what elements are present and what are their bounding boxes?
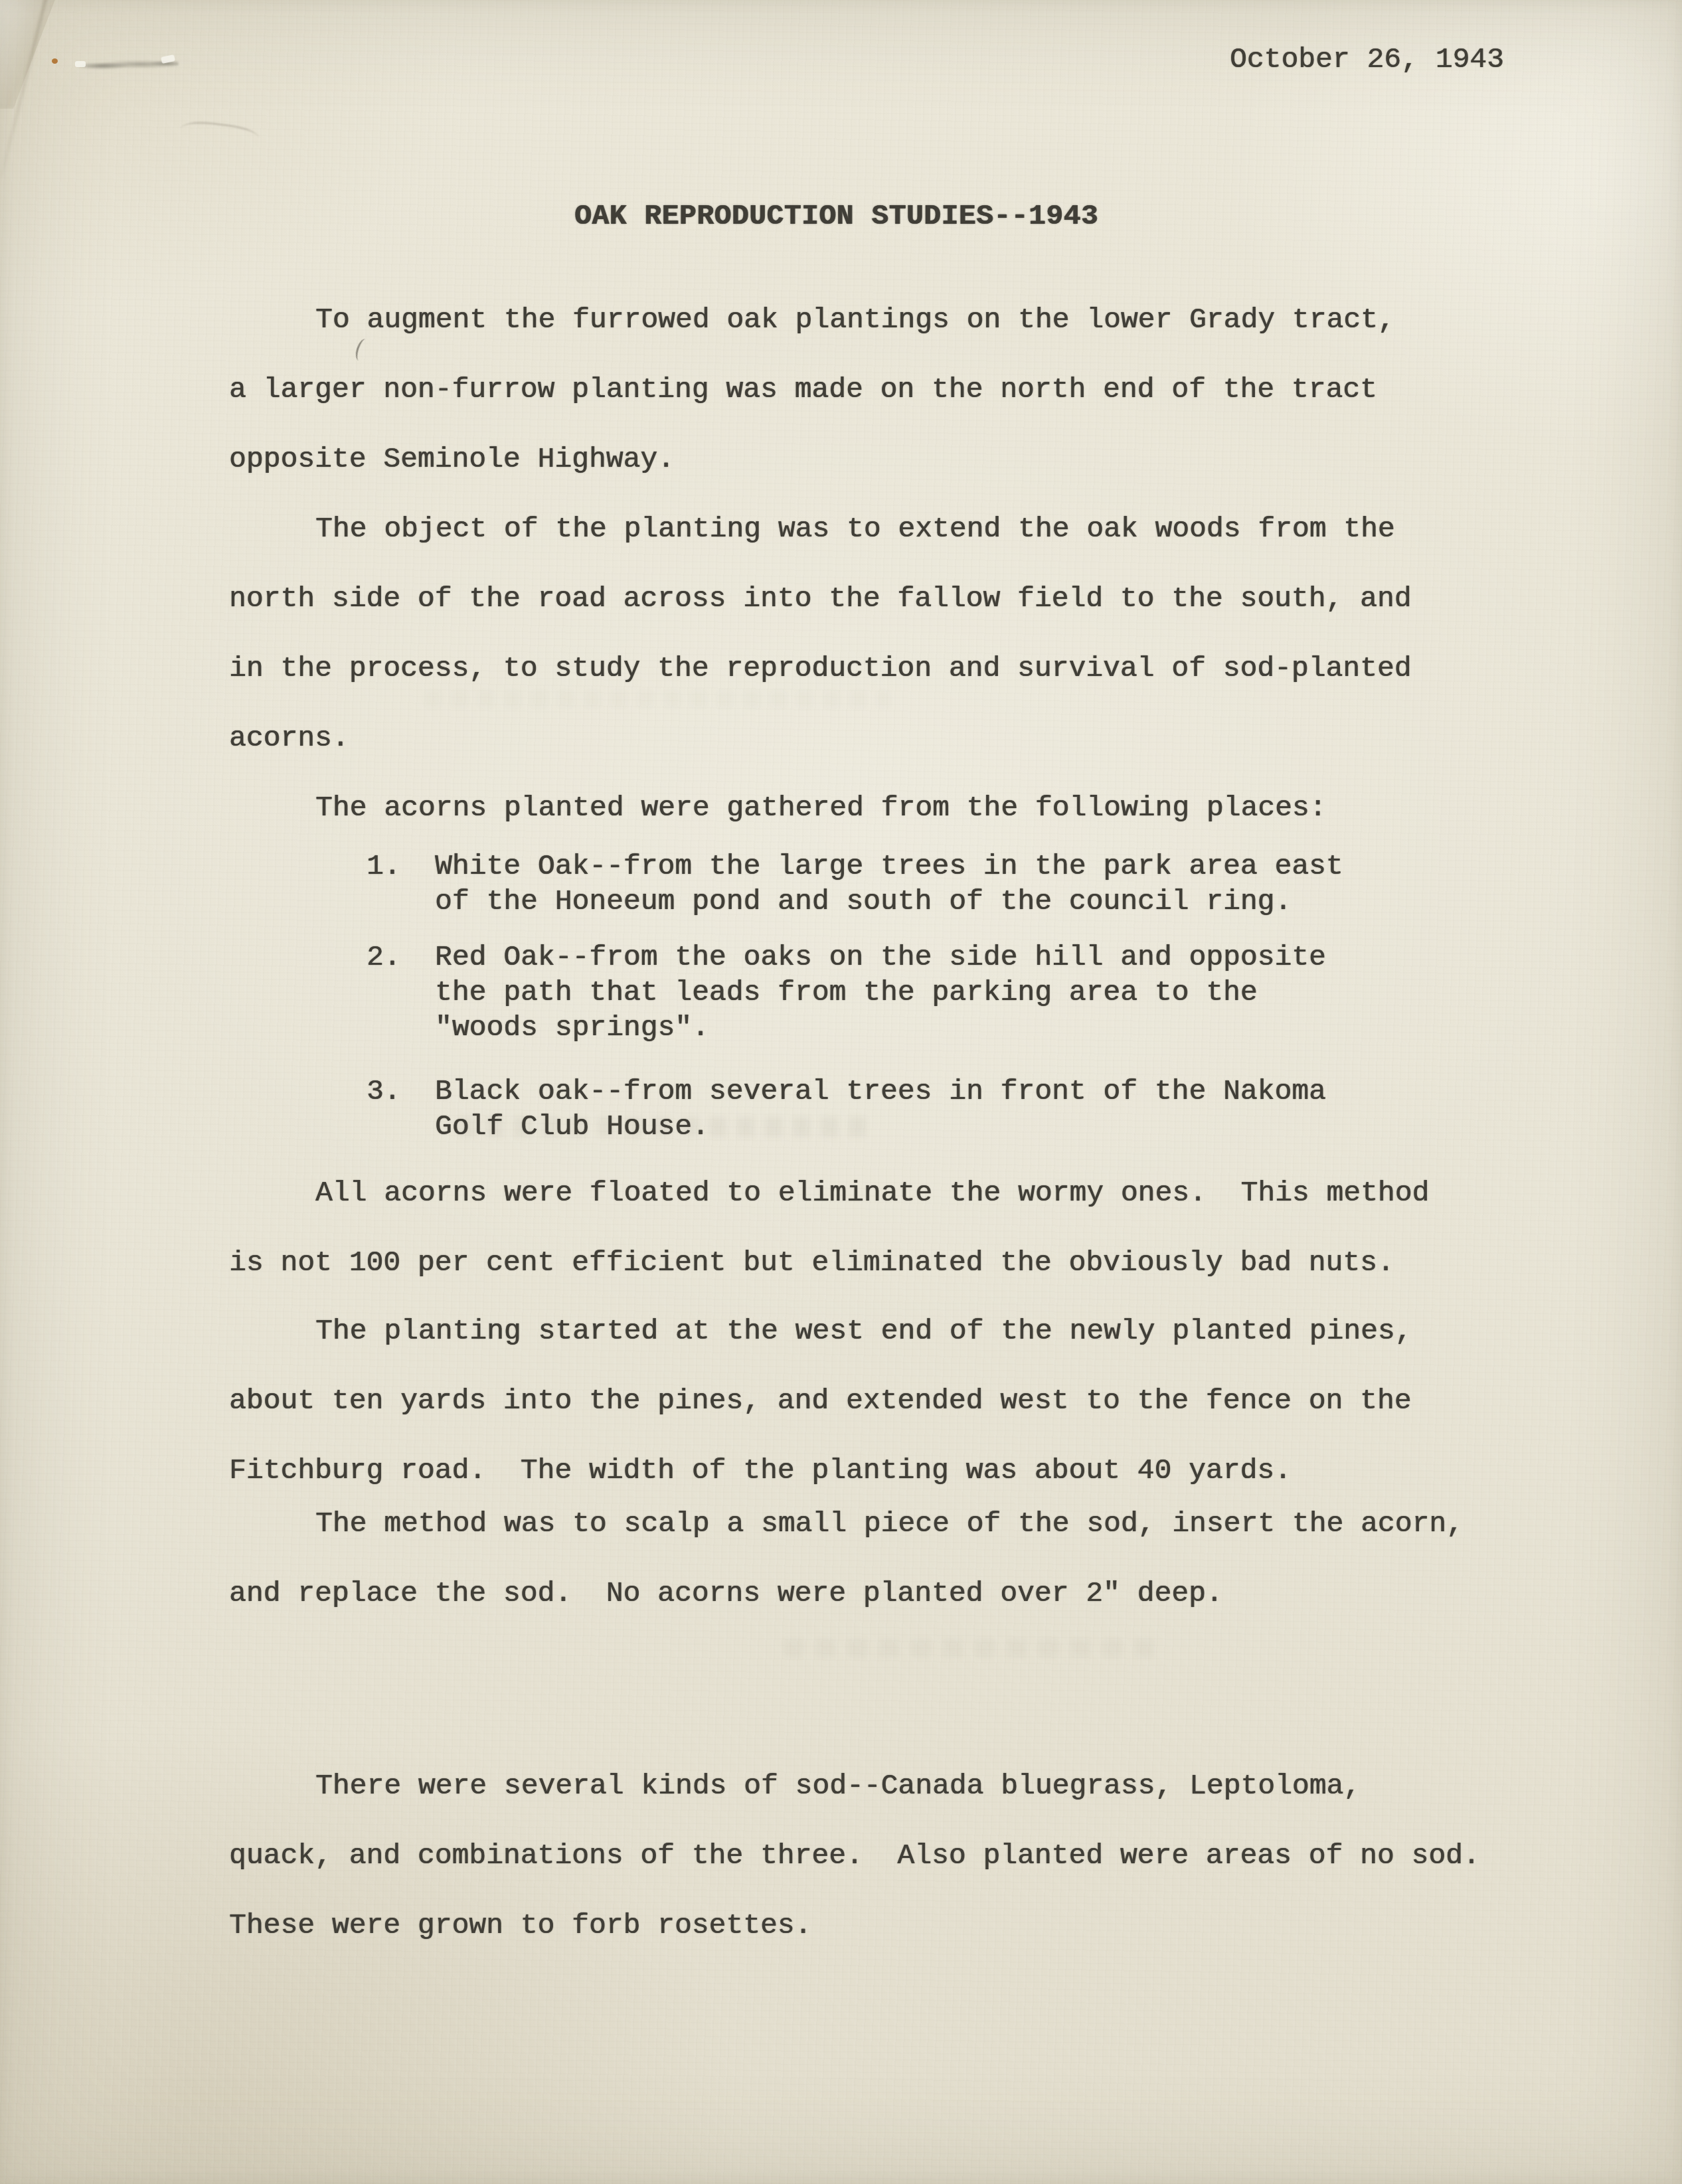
typed-line: a larger non-furrow planting was made on… — [229, 374, 1395, 444]
typed-line: The planting started at the west end of … — [229, 1315, 1412, 1385]
typed-line: about ten yards into the pines, and exte… — [229, 1385, 1412, 1455]
typed-line: the path that leads from the parking are… — [367, 977, 1326, 1012]
typed-line: is not 100 per cent efficient but elimin… — [229, 1247, 1429, 1317]
paragraph-4: All acorns were floated to eliminate the… — [229, 1177, 1429, 1317]
typed-line: in the process, to study the reproductio… — [229, 653, 1412, 722]
list-item-text: Red Oak--from the oaks on the side hill … — [435, 941, 1326, 973]
list-item-2: 2.Red Oak--from the oaks on the side hil… — [367, 942, 1326, 1047]
typed-line: quack, and combinations of the three. Al… — [229, 1840, 1480, 1910]
list-item-number: 1. — [367, 851, 435, 882]
paragraph-1: To augment the furrowed oak plantings on… — [229, 304, 1395, 513]
paragraph-6: The method was to scalp a small piece of… — [229, 1508, 1464, 1647]
typed-line: The method was to scalp a small piece of… — [229, 1508, 1464, 1578]
list-item-number: 2. — [367, 942, 435, 973]
orange-fleck-artifact — [52, 58, 58, 64]
typed-line: 1.White Oak--from the large trees in the… — [367, 851, 1343, 886]
document-title: OAK REPRODUCTION STUDIES--1943 — [574, 201, 1098, 270]
typed-line: To augment the furrowed oak plantings on… — [229, 304, 1395, 374]
list-item-number: 3. — [367, 1076, 435, 1108]
paper-chip-artifact — [75, 61, 86, 67]
title-text: OAK REPRODUCTION STUDIES--1943 — [574, 201, 1098, 270]
typed-line: These were grown to forb rosettes. — [229, 1910, 1480, 1979]
typed-line: "woods springs". — [367, 1012, 1326, 1047]
typed-line: acorns. — [229, 722, 1412, 792]
typed-line: of the Honeeum pond and south of the cou… — [367, 886, 1343, 921]
typed-line: 3.Black oak--from several trees in front… — [367, 1076, 1326, 1111]
typed-line: The object of the planting was to extend… — [229, 513, 1412, 583]
list-item-text: Black oak--from several trees in front o… — [435, 1075, 1326, 1108]
document-date: October 26, 1943 — [1230, 44, 1504, 114]
typed-line: Golf Club House. — [367, 1111, 1326, 1146]
list-item-3: 3.Black oak--from several trees in front… — [367, 1076, 1326, 1146]
paragraph-2: The object of the planting was to extend… — [229, 513, 1412, 792]
paragraph-7: There were several kinds of sod--Canada … — [229, 1770, 1480, 1979]
typed-line: and replace the sod. No acorns were plan… — [229, 1578, 1464, 1647]
paragraph-5: The planting started at the west end of … — [229, 1315, 1412, 1525]
list-item-text: White Oak--from the large trees in the p… — [435, 850, 1343, 882]
list-item-1: 1.White Oak--from the large trees in the… — [367, 851, 1343, 921]
typed-line: 2.Red Oak--from the oaks on the side hil… — [367, 942, 1326, 977]
typed-line: All acorns were floated to eliminate the… — [229, 1177, 1429, 1247]
pencil-arc-artifact — [180, 119, 260, 147]
paper-page: October 26, 1943 OAK REPRODUCTION STUDIE… — [0, 0, 1682, 2184]
scanned-document: { "document": { "date": "October 26, 194… — [0, 0, 1682, 2184]
typed-line: north side of the road across into the f… — [229, 583, 1412, 653]
date-text: October 26, 1943 — [1230, 44, 1504, 114]
typed-line: opposite Seminole Highway. — [229, 444, 1395, 513]
typed-line: There were several kinds of sod--Canada … — [229, 1770, 1480, 1840]
